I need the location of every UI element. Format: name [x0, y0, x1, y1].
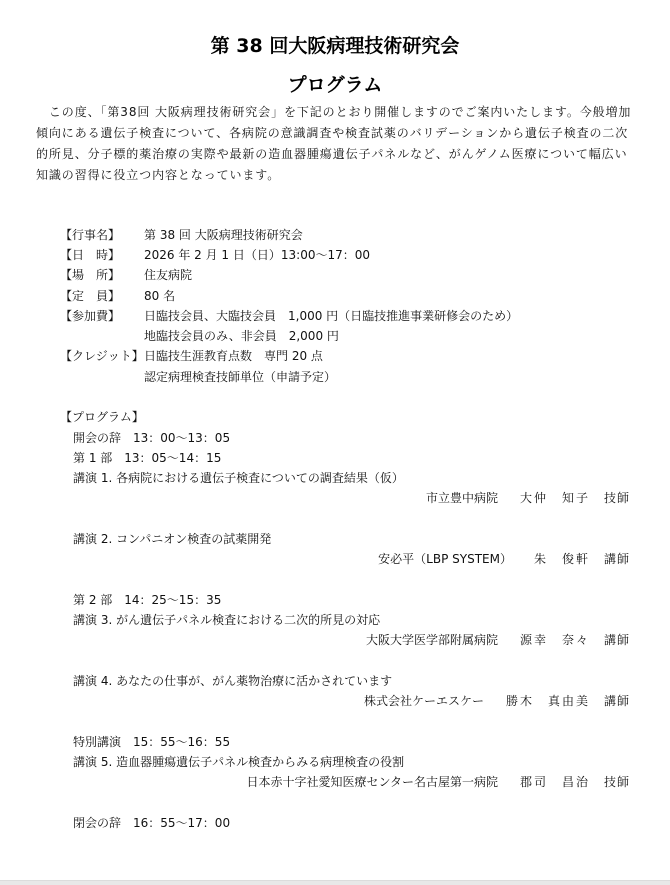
- speaker-org: 大阪大学医学部附属病院: [366, 633, 498, 647]
- capacity-value: 80 名: [144, 289, 175, 303]
- speaker-role: 講師: [604, 552, 630, 566]
- speaker-role: 技師: [604, 775, 630, 789]
- datetime-label: 【日 時】: [60, 248, 120, 262]
- lecture-4-speaker: 株式会社ケーエスケー勝木 真由美講師: [364, 694, 630, 708]
- speaker-name: 勝木 真由美: [506, 694, 590, 708]
- document-page: 第 38 回大阪病理技術研究会 プログラム この度、「第38回 大阪病理技術研究…: [0, 0, 670, 880]
- page-title: 第 38 回大阪病理技術研究会: [0, 31, 670, 58]
- speaker-name: 大仲 知子: [520, 491, 590, 505]
- fee-value-nonmembers: 地臨技会員のみ、非会員 2,000 円: [144, 329, 339, 343]
- speaker-role: 技師: [604, 491, 630, 505]
- speaker-name: 朱 俊軒: [534, 552, 590, 566]
- venue-label: 【場 所】: [60, 268, 120, 282]
- speaker-org: 安必平（LBP SYSTEM）: [378, 552, 512, 566]
- speaker-org: 株式会社ケーエスケー: [364, 694, 484, 708]
- lecture-5-title: 講演 5. 造血器腫瘍遺伝子パネル検査からみる病理検査の役割: [73, 755, 404, 769]
- speaker-role: 講師: [604, 694, 630, 708]
- page-subtitle: プログラム: [0, 70, 670, 97]
- closing-remarks: 閉会の辞 16：55～17：00: [73, 816, 230, 830]
- venue-value: 住友病院: [144, 268, 192, 282]
- lecture-3-speaker: 大阪大学医学部附属病院源幸 奈々講師: [366, 633, 630, 647]
- event-name-label: 【行事名】: [60, 228, 120, 242]
- special-lecture-time: 特別講演 15：55～16：55: [73, 735, 230, 749]
- lecture-4-title: 講演 4. あなたの仕事が、がん薬物治療に活かされています: [73, 674, 392, 688]
- part1-time: 第 1 部 13：05～14：15: [73, 451, 221, 465]
- speaker-org: 日本赤十字社愛知医療センター名古屋第一病院: [246, 775, 498, 789]
- credit-value-certified: 認定病理検査技師単位（申請予定）: [144, 370, 336, 384]
- lecture-2-speaker: 安必平（LBP SYSTEM）朱 俊軒講師: [378, 552, 630, 566]
- credit-value-points: 日臨技生涯教育点数 専門 20 点: [144, 349, 323, 363]
- lecture-3-title: 講演 3. がん遺伝子パネル検査における二次的所見の対応: [73, 613, 380, 627]
- speaker-name: 源幸 奈々: [520, 633, 590, 647]
- lecture-1-speaker: 市立豊中病院大仲 知子技師: [426, 491, 630, 505]
- event-name-value: 第 38 回 大阪病理技術研究会: [144, 228, 303, 242]
- speaker-org: 市立豊中病院: [426, 491, 498, 505]
- credit-label: 【クレジット】: [60, 349, 144, 363]
- datetime-value: 2026 年 2 月 1 日（日）13:00～17：00: [144, 248, 370, 262]
- lecture-2-title: 講演 2. コンパニオン検査の試薬開発: [73, 532, 271, 546]
- program-heading: 【プログラム】: [60, 410, 144, 424]
- intro-paragraph: この度、「第38回 大阪病理技術研究会」を下記のとおり開催しますのでご案内いたし…: [36, 102, 636, 186]
- fee-label: 【参加費】: [60, 309, 120, 323]
- lecture-1-title: 講演 1. 各病院における遺伝子検査についての調査結果（仮）: [73, 471, 404, 485]
- capacity-label: 【定 員】: [60, 289, 120, 303]
- fee-value-members: 日臨技会員、大臨技会員 1,000 円（日臨技推進事業研修会のため）: [144, 309, 518, 323]
- page-bottom-edge: [0, 880, 670, 885]
- speaker-name: 郡司 昌治: [520, 775, 590, 789]
- speaker-role: 講師: [604, 633, 630, 647]
- lecture-5-speaker: 日本赤十字社愛知医療センター名古屋第一病院郡司 昌治技師: [246, 775, 630, 789]
- part2-time: 第 2 部 14：25～15：35: [73, 593, 221, 607]
- opening-remarks: 開会の辞 13：00～13：05: [73, 431, 230, 445]
